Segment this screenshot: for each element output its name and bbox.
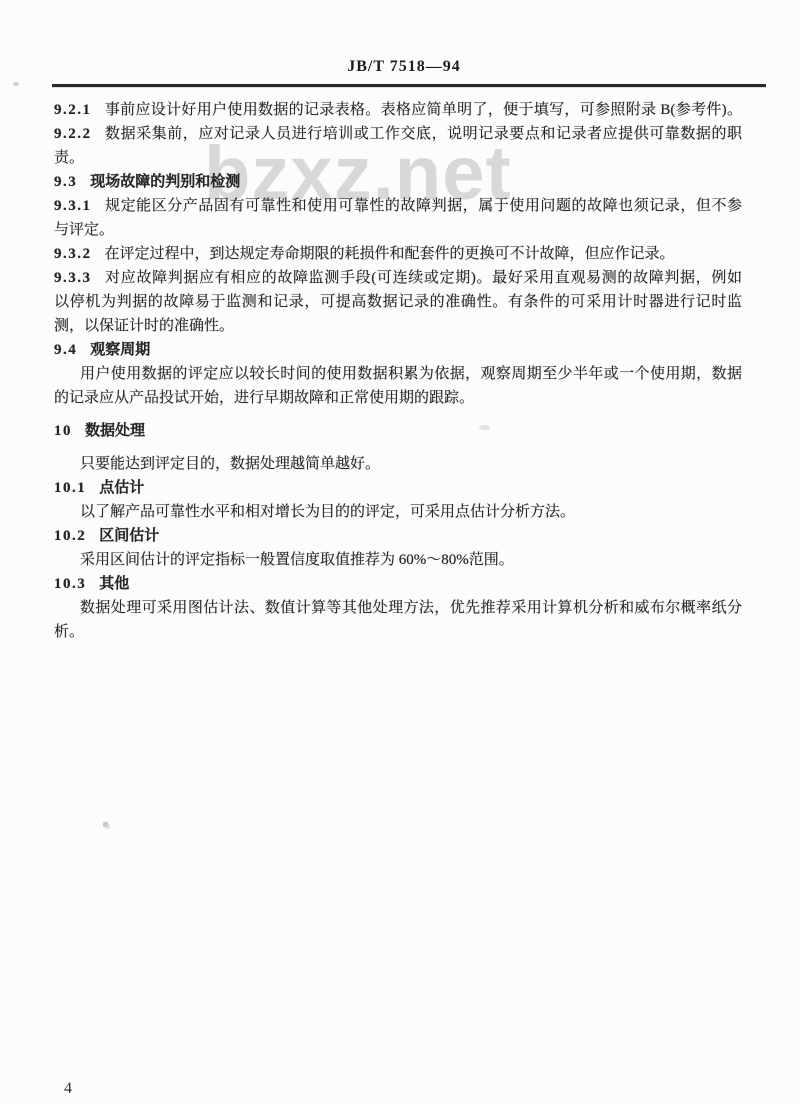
text-line: 的记录应从产品投试开始，进行早期故障和正常使用期的跟踪。 [54,386,742,410]
clause-number: 10.1 [54,480,86,496]
text-line: 责。 [54,146,742,170]
document-page: bzxz.net JB/T 7518—94 9.2.1事前应设计好用户使用数据的… [0,0,800,1104]
page-number: 4 [64,1080,72,1098]
clause-number: 10 [54,423,72,439]
line-text: 事前应设计好用户使用数据的记录表格。表格应简单明了，便于填写，可参照附录 B(参… [105,102,743,118]
heading-line: 9.3现场故障的判别和检测 [54,170,742,194]
line-text: 与评定。 [54,222,114,238]
clause-number: 10.2 [54,528,86,544]
scan-speck [13,82,19,86]
clause-number: 9.2.1 [54,102,92,118]
text-line: 只要能达到评定目的，数据处理越简单越好。 [54,452,742,476]
header-rule [52,84,766,87]
line-text: 以停机为判据的故障易于监测和记录，可提高数据记录的准确性。有条件的可采用计时器进… [54,294,742,310]
line-text: 只要能达到评定目的，数据处理越简单越好。 [80,456,380,472]
clause-number: 9.3.3 [54,270,92,286]
text-line: 以停机为判据的故障易于监测和记录，可提高数据记录的准确性。有条件的可采用计时器进… [54,290,742,314]
heading-line: 10.2区间估计 [54,524,742,548]
line-text: 的记录应从产品投试开始，进行早期故障和正常使用期的跟踪。 [54,390,474,406]
line-text: 区间估计 [99,528,159,544]
line-text: 规定能区分产品固有可靠性和使用可靠性的故障判据，属于使用问题的故障也须记录，但不… [105,198,743,214]
clause-number: 9.4 [54,342,77,358]
heading-line: 10.1点估计 [54,476,742,500]
text-line: 采用区间估计的评定指标一般置信度取值推荐为 60%～80%范围。 [54,548,742,572]
clause-number: 9.2.2 [54,126,92,142]
line-text: 数据处理 [85,423,145,439]
line-text: 对应故障判据应有相应的故障监测手段(可连续或定期)。最好采用直观易测的故障判据，… [105,270,743,286]
text-line: 9.3.2在评定过程中，到达规定寿命期限的耗损件和配套件的更换可不计故障，但应作… [54,242,742,266]
line-text: 数据处理可采用图估计法、数值计算等其他处理方法，优先推荐采用计算机分析和威布尔概… [80,600,742,616]
clause-number: 9.3 [54,174,77,190]
heading-line: 10数据处理 [54,419,742,443]
text-line: 析。 [54,620,742,644]
line-text: 测，以保证计时的准确性。 [54,318,234,334]
text-line: 9.2.2数据采集前，应对记录人员进行培训或工作交底，说明记录要点和记录者应提供… [54,122,742,146]
line-text: 责。 [54,150,84,166]
line-text: 采用区间估计的评定指标一般置信度取值推荐为 60%～80%范围。 [80,552,514,568]
line-text: 点估计 [99,480,144,496]
text-line: 与评定。 [54,218,742,242]
line-text: 观察周期 [90,342,150,358]
clause-number: 9.3.1 [54,198,92,214]
text-line: 以了解产品可靠性水平和相对增长为目的的评定，可采用点估计分析方法。 [54,500,742,524]
line-text: 现场故障的判别和检测 [90,174,240,190]
heading-line: 10.3其他 [54,572,742,596]
text-block: 9.2.1事前应设计好用户使用数据的记录表格。表格应简单明了，便于填写，可参照附… [54,98,742,644]
heading-line: 9.4观察周期 [54,338,742,362]
line-text: 用户使用数据的评定应以较长时间的使用数据积累为依据，观察周期至少半年或一个使用期… [80,366,742,382]
line-text: 其他 [99,576,129,592]
text-line: 9.2.1事前应设计好用户使用数据的记录表格。表格应简单明了，便于填写，可参照附… [54,98,742,122]
text-line: 9.3.3对应故障判据应有相应的故障监测手段(可连续或定期)。最好采用直观易测的… [54,266,742,290]
line-text: 在评定过程中，到达规定寿命期限的耗损件和配套件的更换可不计故障，但应作记录。 [105,246,675,262]
scan-speck [103,822,108,827]
line-text: 以了解产品可靠性水平和相对增长为目的的评定，可采用点估计分析方法。 [80,504,575,520]
clause-number: 9.3.2 [54,246,92,262]
standard-code-header: JB/T 7518—94 [4,58,800,76]
line-text: 数据采集前，应对记录人员进行培训或工作交底，说明记录要点和记录者应提供可靠数据的… [105,126,743,142]
text-line: 9.3.1规定能区分产品固有可靠性和使用可靠性的故障判据，属于使用问题的故障也须… [54,194,742,218]
text-line: 用户使用数据的评定应以较长时间的使用数据积累为依据，观察周期至少半年或一个使用期… [54,362,742,386]
clause-number: 10.3 [54,576,86,592]
line-text: 析。 [54,624,84,640]
text-line: 测，以保证计时的准确性。 [54,314,742,338]
text-line: 数据处理可采用图估计法、数值计算等其他处理方法，优先推荐采用计算机分析和威布尔概… [54,596,742,620]
